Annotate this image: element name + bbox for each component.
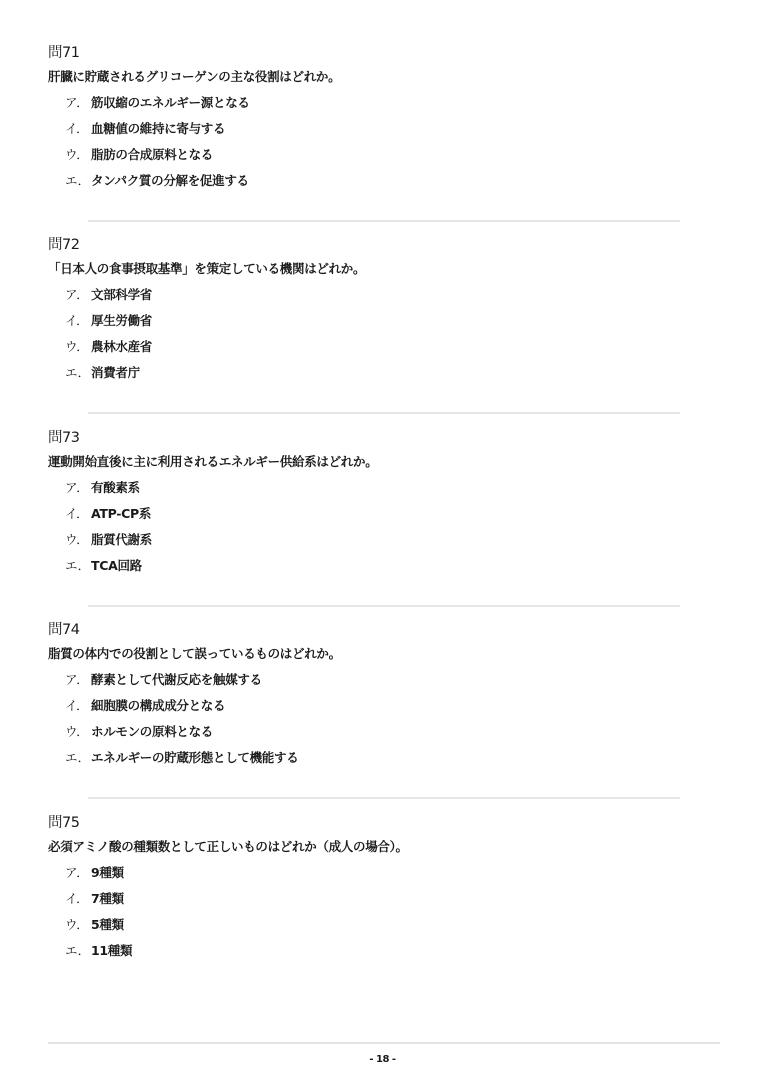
option-u: ウ．農林水産省 [65, 338, 365, 364]
question-72: 問72 「日本人の食事摂取基準」を策定している機関はどれか。 ア．文部科学省 イ… [48, 236, 365, 390]
option-e: エ．エネルギーの貯蔵形態として機能する [65, 749, 341, 775]
option-list: ア．9種類 イ．7種類 ウ．5種類 エ．11種類 [48, 864, 408, 968]
option-i: イ．7種類 [65, 890, 408, 916]
option-label: ウ． [65, 531, 91, 549]
option-label: ア． [65, 479, 91, 497]
option-a: ア．有酸素系 [65, 479, 377, 505]
section-divider [88, 412, 680, 414]
option-label: エ． [65, 942, 91, 960]
option-text: ホルモンの原料となる [91, 724, 213, 739]
question-text: 運動開始直後に主に利用されるエネルギー供給系はどれか。 [48, 453, 377, 471]
option-text: 血糖値の維持に寄与する [91, 121, 225, 136]
question-text: 必須アミノ酸の種類数として正しいものはどれか（成人の場合）。 [48, 838, 408, 856]
question-text: 「日本人の食事摂取基準」を策定している機関はどれか。 [48, 260, 365, 278]
option-text: 7種類 [91, 891, 124, 906]
question-number: 問73 [48, 429, 377, 447]
option-u: ウ．脂肪の合成原料となる [65, 146, 340, 172]
option-text: 脂肪の合成原料となる [91, 147, 213, 162]
option-text: 消費者庁 [91, 365, 140, 380]
question-number: 問74 [48, 621, 341, 639]
question-number: 問72 [48, 236, 365, 254]
page-number: - 18 - [0, 1054, 765, 1065]
option-list: ア．筋収縮のエネルギー源となる イ．血糖値の維持に寄与する ウ．脂肪の合成原料と… [48, 94, 340, 198]
question-74: 問74 脂質の体内での役割として誤っているものはどれか。 ア．酵素として代謝反応… [48, 621, 341, 775]
option-text: 11種類 [91, 943, 132, 958]
option-i: イ．細胞膜の構成成分となる [65, 697, 341, 723]
option-label: ウ． [65, 916, 91, 934]
question-71: 問71 肝臓に貯蔵されるグリコーゲンの主な役割はどれか。 ア．筋収縮のエネルギー… [48, 44, 340, 198]
option-label: ア． [65, 864, 91, 882]
option-label: ア． [65, 286, 91, 304]
option-label: イ． [65, 120, 91, 138]
option-text: 細胞膜の構成成分となる [91, 698, 225, 713]
section-divider [88, 797, 680, 799]
option-e: エ．TCA回路 [65, 557, 377, 583]
question-75: 問75 必須アミノ酸の種類数として正しいものはどれか（成人の場合）。 ア．9種類… [48, 814, 408, 968]
option-e: エ．タンパク質の分解を促進する [65, 172, 340, 198]
option-label: ア． [65, 671, 91, 689]
option-label: エ． [65, 364, 91, 382]
option-text: エネルギーの貯蔵形態として機能する [91, 750, 298, 765]
option-text: 文部科学省 [91, 287, 152, 302]
option-label: ア． [65, 94, 91, 112]
option-label: エ． [65, 557, 91, 575]
option-label: ウ． [65, 723, 91, 741]
option-list: ア．酵素として代謝反応を触媒する イ．細胞膜の構成成分となる ウ．ホルモンの原料… [48, 671, 341, 775]
option-e: エ．11種類 [65, 942, 408, 968]
option-text: ATP-CP系 [91, 506, 151, 521]
option-label: イ． [65, 890, 91, 908]
section-divider [88, 605, 680, 607]
option-i: イ．ATP-CP系 [65, 505, 377, 531]
question-text: 脂質の体内での役割として誤っているものはどれか。 [48, 645, 341, 663]
option-a: ア．文部科学省 [65, 286, 365, 312]
question-number: 問75 [48, 814, 408, 832]
option-text: 脂質代謝系 [91, 532, 152, 547]
option-list: ア．有酸素系 イ．ATP-CP系 ウ．脂質代謝系 エ．TCA回路 [48, 479, 377, 583]
option-text: 農林水産省 [91, 339, 152, 354]
option-e: エ．消費者庁 [65, 364, 365, 390]
option-text: 有酸素系 [91, 480, 140, 495]
section-divider [88, 220, 680, 222]
option-label: イ． [65, 312, 91, 330]
option-label: ウ． [65, 146, 91, 164]
option-u: ウ．ホルモンの原料となる [65, 723, 341, 749]
option-text: TCA回路 [91, 558, 142, 573]
question-text: 肝臓に貯蔵されるグリコーゲンの主な役割はどれか。 [48, 68, 340, 86]
option-text: タンパク質の分解を促進する [91, 173, 249, 188]
option-a: ア．9種類 [65, 864, 408, 890]
option-text: 筋収縮のエネルギー源となる [91, 95, 250, 110]
option-i: イ．厚生労働省 [65, 312, 365, 338]
option-label: ウ． [65, 338, 91, 356]
option-label: イ． [65, 697, 91, 715]
question-number: 問71 [48, 44, 340, 62]
option-list: ア．文部科学省 イ．厚生労働省 ウ．農林水産省 エ．消費者庁 [48, 286, 365, 390]
option-a: ア．筋収縮のエネルギー源となる [65, 94, 340, 120]
option-label: イ． [65, 505, 91, 523]
option-text: 9種類 [91, 865, 124, 880]
option-u: ウ．5種類 [65, 916, 408, 942]
question-73: 問73 運動開始直後に主に利用されるエネルギー供給系はどれか。 ア．有酸素系 イ… [48, 429, 377, 583]
option-i: イ．血糖値の維持に寄与する [65, 120, 340, 146]
option-text: 5種類 [91, 917, 124, 932]
option-text: 厚生労働省 [91, 313, 152, 328]
footer-divider [48, 1042, 720, 1044]
option-label: エ． [65, 172, 91, 190]
option-text: 酵素として代謝反応を触媒する [91, 672, 262, 687]
option-a: ア．酵素として代謝反応を触媒する [65, 671, 341, 697]
option-label: エ． [65, 749, 91, 767]
option-u: ウ．脂質代謝系 [65, 531, 377, 557]
